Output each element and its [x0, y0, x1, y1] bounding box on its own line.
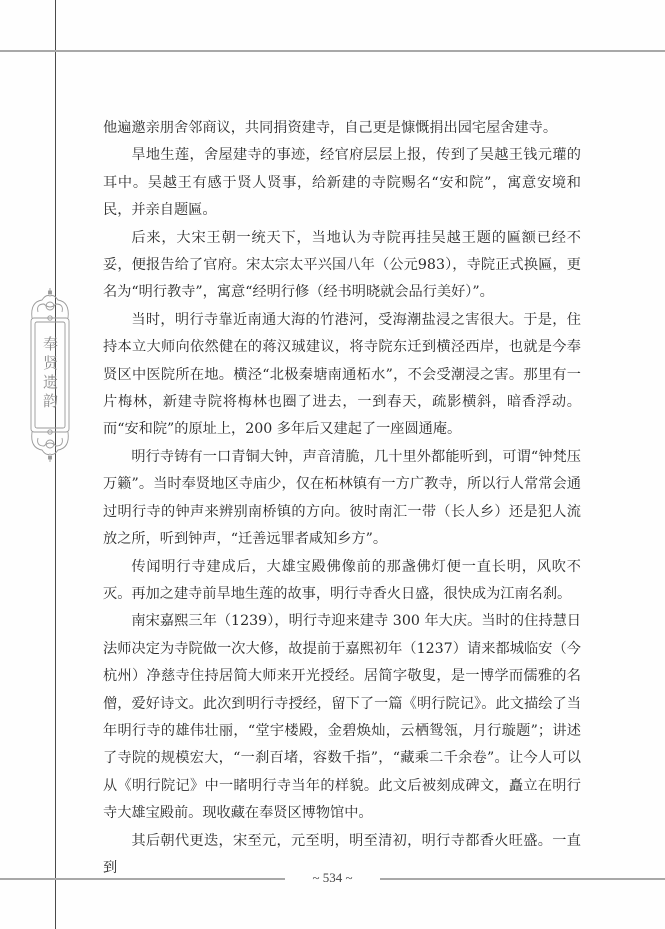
body-text: 他遍邀亲朋舍邻商议，共同捐资建寺，自己更是慷慨捐出园宅屋舍建寺。 旱地生莲，舍屋… [103, 115, 581, 882]
header-rule [0, 50, 665, 52]
paragraph: 他遍邀亲朋舍邻商议，共同捐资建寺，自己更是慷慨捐出园宅屋舍建寺。 [103, 115, 581, 142]
series-title: 奉贤遗韵 [22, 326, 78, 422]
paragraph: 明行寺铸有一口青铜大钟，声音清脆，几十里外都能听到，可谓“钟梵压万籁”。当时奉贤… [103, 444, 581, 554]
paragraph: 旱地生莲，舍屋建寺的事迹，经官府层层上报，传到了吴越王钱元瓘的耳中。吴越王有感于… [103, 142, 581, 224]
paragraph: 传闻明行寺建成后，大雄宝殿佛像前的那盏佛灯便一直长明，风吹不灭。再加之建寺前旱地… [103, 554, 581, 609]
series-emblem: 奉贤遗韵 [22, 288, 78, 462]
margin-vertical-rule [55, 0, 56, 929]
page-number: ~ 534 ~ [285, 870, 380, 886]
paragraph: 南宋嘉熙三年（1239），明行寺迎来建寺 300 年大庆。当时的住持慧日法师决定… [103, 608, 581, 827]
paragraph: 当时，明行寺靠近南通大海的竹港河，受海潮盐浸之害很大。于是，住持本立大师向依然健… [103, 307, 581, 444]
paragraph: 后来，大宋王朝一统天下，当地认为寺院再挂吴越王题的匾额已经不妥，便报告给了官府。… [103, 225, 581, 307]
